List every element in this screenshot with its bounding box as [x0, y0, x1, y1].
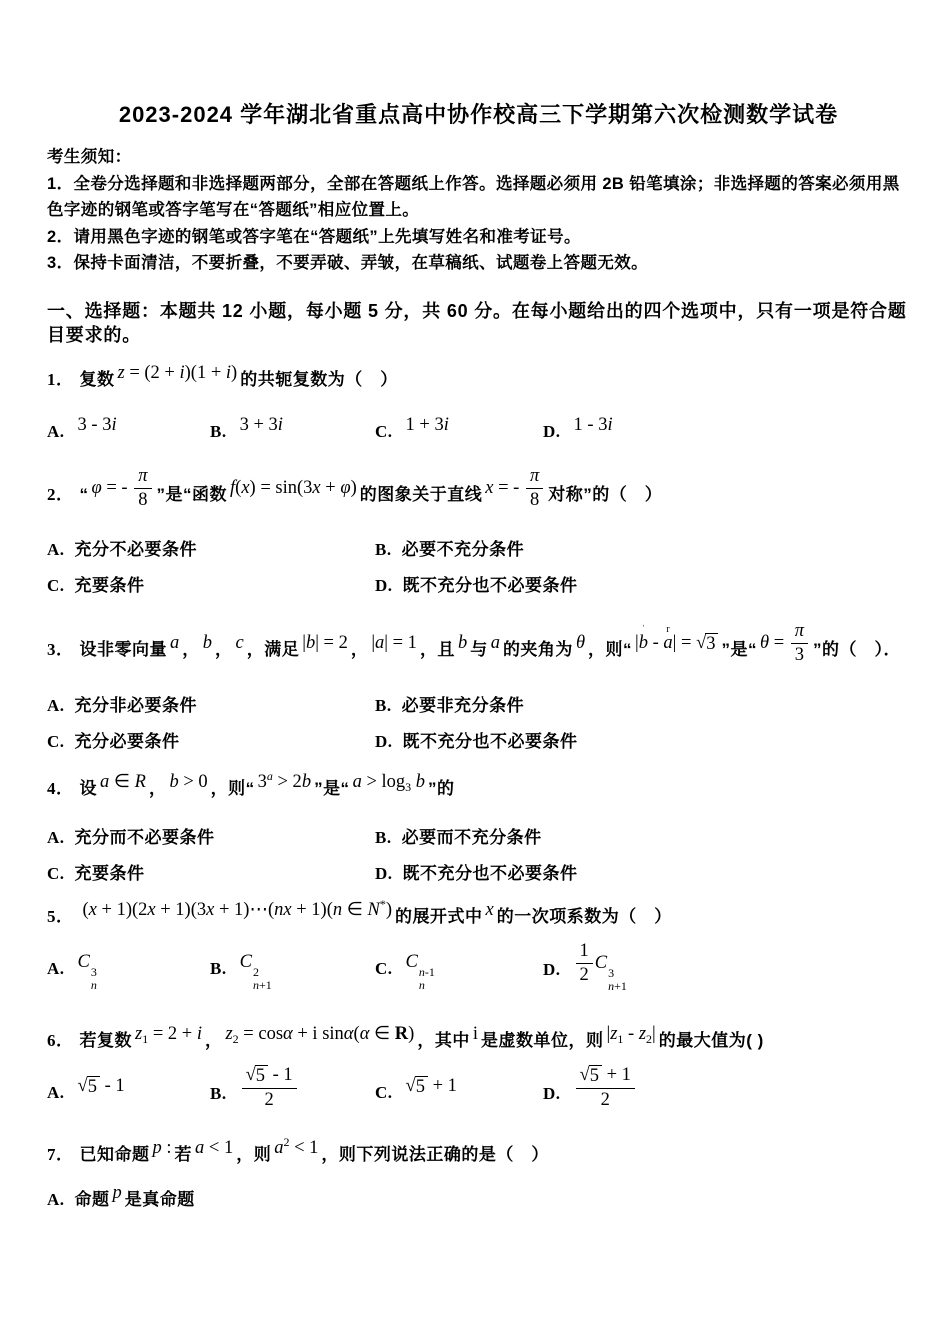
option-formula: √5 - 1	[78, 1076, 125, 1098]
option-text: 充分必要条件	[75, 732, 180, 751]
question-2-number: 2．	[47, 485, 74, 504]
question-7-number: 7．	[47, 1145, 74, 1164]
option-text: 必要不充分条件	[402, 540, 525, 559]
notice-item-1: 1．全卷分选择题和非选择题两部分，全部在答题纸上作答。选择题必须用 2B 铅笔填…	[47, 171, 910, 224]
question-6-option-d: D.√5 + 12	[543, 1072, 910, 1119]
option-formula: C2n+1	[240, 952, 272, 992]
question-7: 7．已知命题p :若a < 1，则a2 < 1，则下列说法正确的是（ ） A.命…	[47, 1138, 910, 1218]
question-3-number: 3．	[47, 640, 74, 659]
option-formula: √5 + 1	[406, 1076, 457, 1098]
question-2: 2．“φ = - π8”是“函数f(x) = sin(3x + φ)的图象关于直…	[47, 473, 910, 605]
option-text: 命题p是真命题	[75, 1190, 195, 1209]
option-text: 充要条件	[75, 864, 145, 883]
option-text: 既不充分也不必要条件	[403, 732, 578, 751]
option-text: 充要条件	[75, 576, 145, 595]
question-1-number: 1．	[47, 370, 74, 389]
notice-heading: 考生须知：	[47, 144, 910, 171]
question-2-options-row-1: A.充分不必要条件 B.必要不充分条件	[47, 532, 910, 568]
option-formula: 1 - 3i	[574, 415, 613, 436]
option-text: 必要而不充分条件	[402, 828, 542, 847]
question-5-options: A.C3n B.C2n+1 C.Cn-1n D.12C3n+1	[47, 948, 910, 1000]
notice-item-3: 3．保持卡面清洁，不要折叠，不要弄破、弄皱，在草稿纸、试题卷上答题无效。	[47, 250, 910, 277]
exam-page: 2023-2024 学年湖北省重点高中协作校高三下学期第六次检测数学试卷 考生须…	[0, 0, 950, 1218]
question-6-options: A.√5 - 1 B.√5 - 12 C.√5 + 1 D.√5 + 12	[47, 1072, 910, 1119]
question-5: 5．(x + 1)(2x + 1)(3x + 1)⋯(nx + 1)(n ∈ N…	[47, 900, 910, 1000]
option-text: 必要非充分条件	[402, 696, 525, 715]
option-text: 既不充分也不必要条件	[403, 576, 578, 595]
question-6-option-b: B.√5 - 12	[210, 1072, 375, 1119]
notice-item-2: 2．请用黑色字迹的钢笔或答字笔在“答题纸”上先填写姓名和准考证号。	[47, 224, 910, 251]
section-heading: 一、选择题：本题共 12 小题，每小题 5 分，共 60 分。在每小题给出的四个…	[47, 299, 910, 347]
question-4-number: 4．	[47, 779, 74, 798]
option-formula: 3 + 3i	[240, 415, 283, 436]
option-formula: Cn-1n	[406, 952, 435, 992]
question-3: 3．设非零向量a，b，c，满足|b| = 2，|a| = 1，且b与a的夹角为θ…	[47, 628, 910, 760]
question-3-option-a: A.充分非必要条件	[47, 688, 375, 724]
question-4-option-b: B.必要而不充分条件	[375, 820, 910, 856]
question-5-number: 5．	[47, 907, 74, 926]
question-3-text: 设非零向量a，b，c，满足|b| = 2，|a| = 1，且b与a的夹角为θ，则…	[80, 640, 902, 659]
question-2-option-b: B.必要不充分条件	[375, 532, 910, 568]
option-text: 既不充分也不必要条件	[403, 864, 578, 883]
question-1-option-a: A.3 - 3i	[47, 411, 210, 453]
question-6-option-c: C.√5 + 1	[375, 1072, 543, 1119]
option-formula: 3 - 3i	[78, 415, 117, 436]
question-3-stem: 3．设非零向量a，b，c，满足|b| = 2，|a| = 1，且b与a的夹角为θ…	[47, 628, 910, 674]
question-2-option-a: A.充分不必要条件	[47, 532, 375, 568]
question-2-option-d: D.既不充分也不必要条件	[375, 568, 910, 604]
question-3-options-row-2: C.充分必要条件 D.既不充分也不必要条件	[47, 724, 910, 760]
option-text: 充分非必要条件	[75, 696, 198, 715]
option-formula: √5 - 12	[240, 1065, 299, 1112]
question-7-option-a: A.命题p是真命题	[47, 1182, 375, 1218]
question-6-number: 6．	[47, 1031, 74, 1050]
page-title: 2023-2024 学年湖北省重点高中协作校高三下学期第六次检测数学试卷	[47, 100, 910, 130]
question-4-option-c: C.充要条件	[47, 856, 375, 892]
question-3-option-b: B.必要非充分条件	[375, 688, 910, 724]
question-1: 1．复数z = (2 + i)(1 + i)的共轭复数为（ ） A.3 - 3i…	[47, 363, 910, 453]
question-4-text: 设a ∈ R，b > 0，则“3a > 2b”是“a > log3 b”的	[80, 779, 455, 798]
question-2-options-row-2: C.充要条件 D.既不充分也不必要条件	[47, 568, 910, 604]
question-5-option-d: D.12C3n+1	[543, 948, 910, 1000]
question-1-options: A.3 - 3i B.3 + 3i C.1 + 3i D.1 - 3i	[47, 411, 910, 453]
question-5-option-b: B.C2n+1	[210, 948, 375, 1000]
question-4-option-d: D.既不充分也不必要条件	[375, 856, 910, 892]
question-4-options-row-1: A.充分而不必要条件 B.必要而不充分条件	[47, 820, 910, 856]
option-formula: 1 + 3i	[406, 415, 449, 436]
question-6-text: 若复数z1 = 2 + i，z2 = cosα + i sinα(α ∈ R)，…	[80, 1031, 764, 1050]
question-1-stem: 1．复数z = (2 + i)(1 + i)的共轭复数为（ ）	[47, 363, 910, 397]
question-5-option-c: C.Cn-1n	[375, 948, 543, 1000]
question-4-stem: 4．设a ∈ R，b > 0，则“3a > 2b”是“a > log3 b”的	[47, 772, 910, 806]
question-1-text: 复数z = (2 + i)(1 + i)的共轭复数为（ ）	[80, 370, 398, 389]
question-2-stem: 2．“φ = - π8”是“函数f(x) = sin(3x + φ)的图象关于直…	[47, 473, 910, 519]
option-formula: C3n	[78, 952, 97, 992]
question-3-options-row-1: A.充分非必要条件 B.必要非充分条件	[47, 688, 910, 724]
question-5-stem: 5．(x + 1)(2x + 1)(3x + 1)⋯(nx + 1)(n ∈ N…	[47, 900, 910, 934]
question-4-options-row-2: C.充要条件 D.既不充分也不必要条件	[47, 856, 910, 892]
option-formula: √5 + 12	[574, 1065, 637, 1112]
question-2-text: “φ = - π8”是“函数f(x) = sin(3x + φ)的图象关于直线x…	[80, 485, 663, 504]
question-4-option-a: A.充分而不必要条件	[47, 820, 375, 856]
question-3-option-d: D.既不充分也不必要条件	[375, 724, 910, 760]
question-3-option-c: C.充分必要条件	[47, 724, 375, 760]
question-6: 6．若复数z1 = 2 + i，z2 = cosα + i sinα(α ∈ R…	[47, 1024, 910, 1119]
question-4: 4．设a ∈ R，b > 0，则“3a > 2b”是“a > log3 b”的 …	[47, 772, 910, 892]
question-1-option-c: C.1 + 3i	[375, 411, 543, 453]
question-5-text: (x + 1)(2x + 1)(3x + 1)⋯(nx + 1)(n ∈ N*)…	[80, 907, 672, 926]
option-text: 充分不必要条件	[75, 540, 198, 559]
question-1-option-b: B.3 + 3i	[210, 411, 375, 453]
question-7-text: 已知命题p :若a < 1，则a2 < 1，则下列说法正确的是（ ）	[80, 1145, 549, 1164]
notice-section: 考生须知： 1．全卷分选择题和非选择题两部分，全部在答题纸上作答。选择题必须用 …	[47, 144, 910, 277]
question-7-stem: 7．已知命题p :若a < 1，则a2 < 1，则下列说法正确的是（ ）	[47, 1138, 910, 1172]
question-1-option-d: D.1 - 3i	[543, 411, 910, 453]
option-text: 充分而不必要条件	[75, 828, 215, 847]
question-5-option-a: A.C3n	[47, 948, 210, 1000]
question-6-option-a: A.√5 - 1	[47, 1072, 210, 1119]
question-7-options: A.命题p是真命题	[47, 1182, 910, 1218]
question-2-option-c: C.充要条件	[47, 568, 375, 604]
option-formula: 12C3n+1	[574, 941, 627, 993]
question-6-stem: 6．若复数z1 = 2 + i，z2 = cosα + i sinα(α ∈ R…	[47, 1024, 910, 1058]
